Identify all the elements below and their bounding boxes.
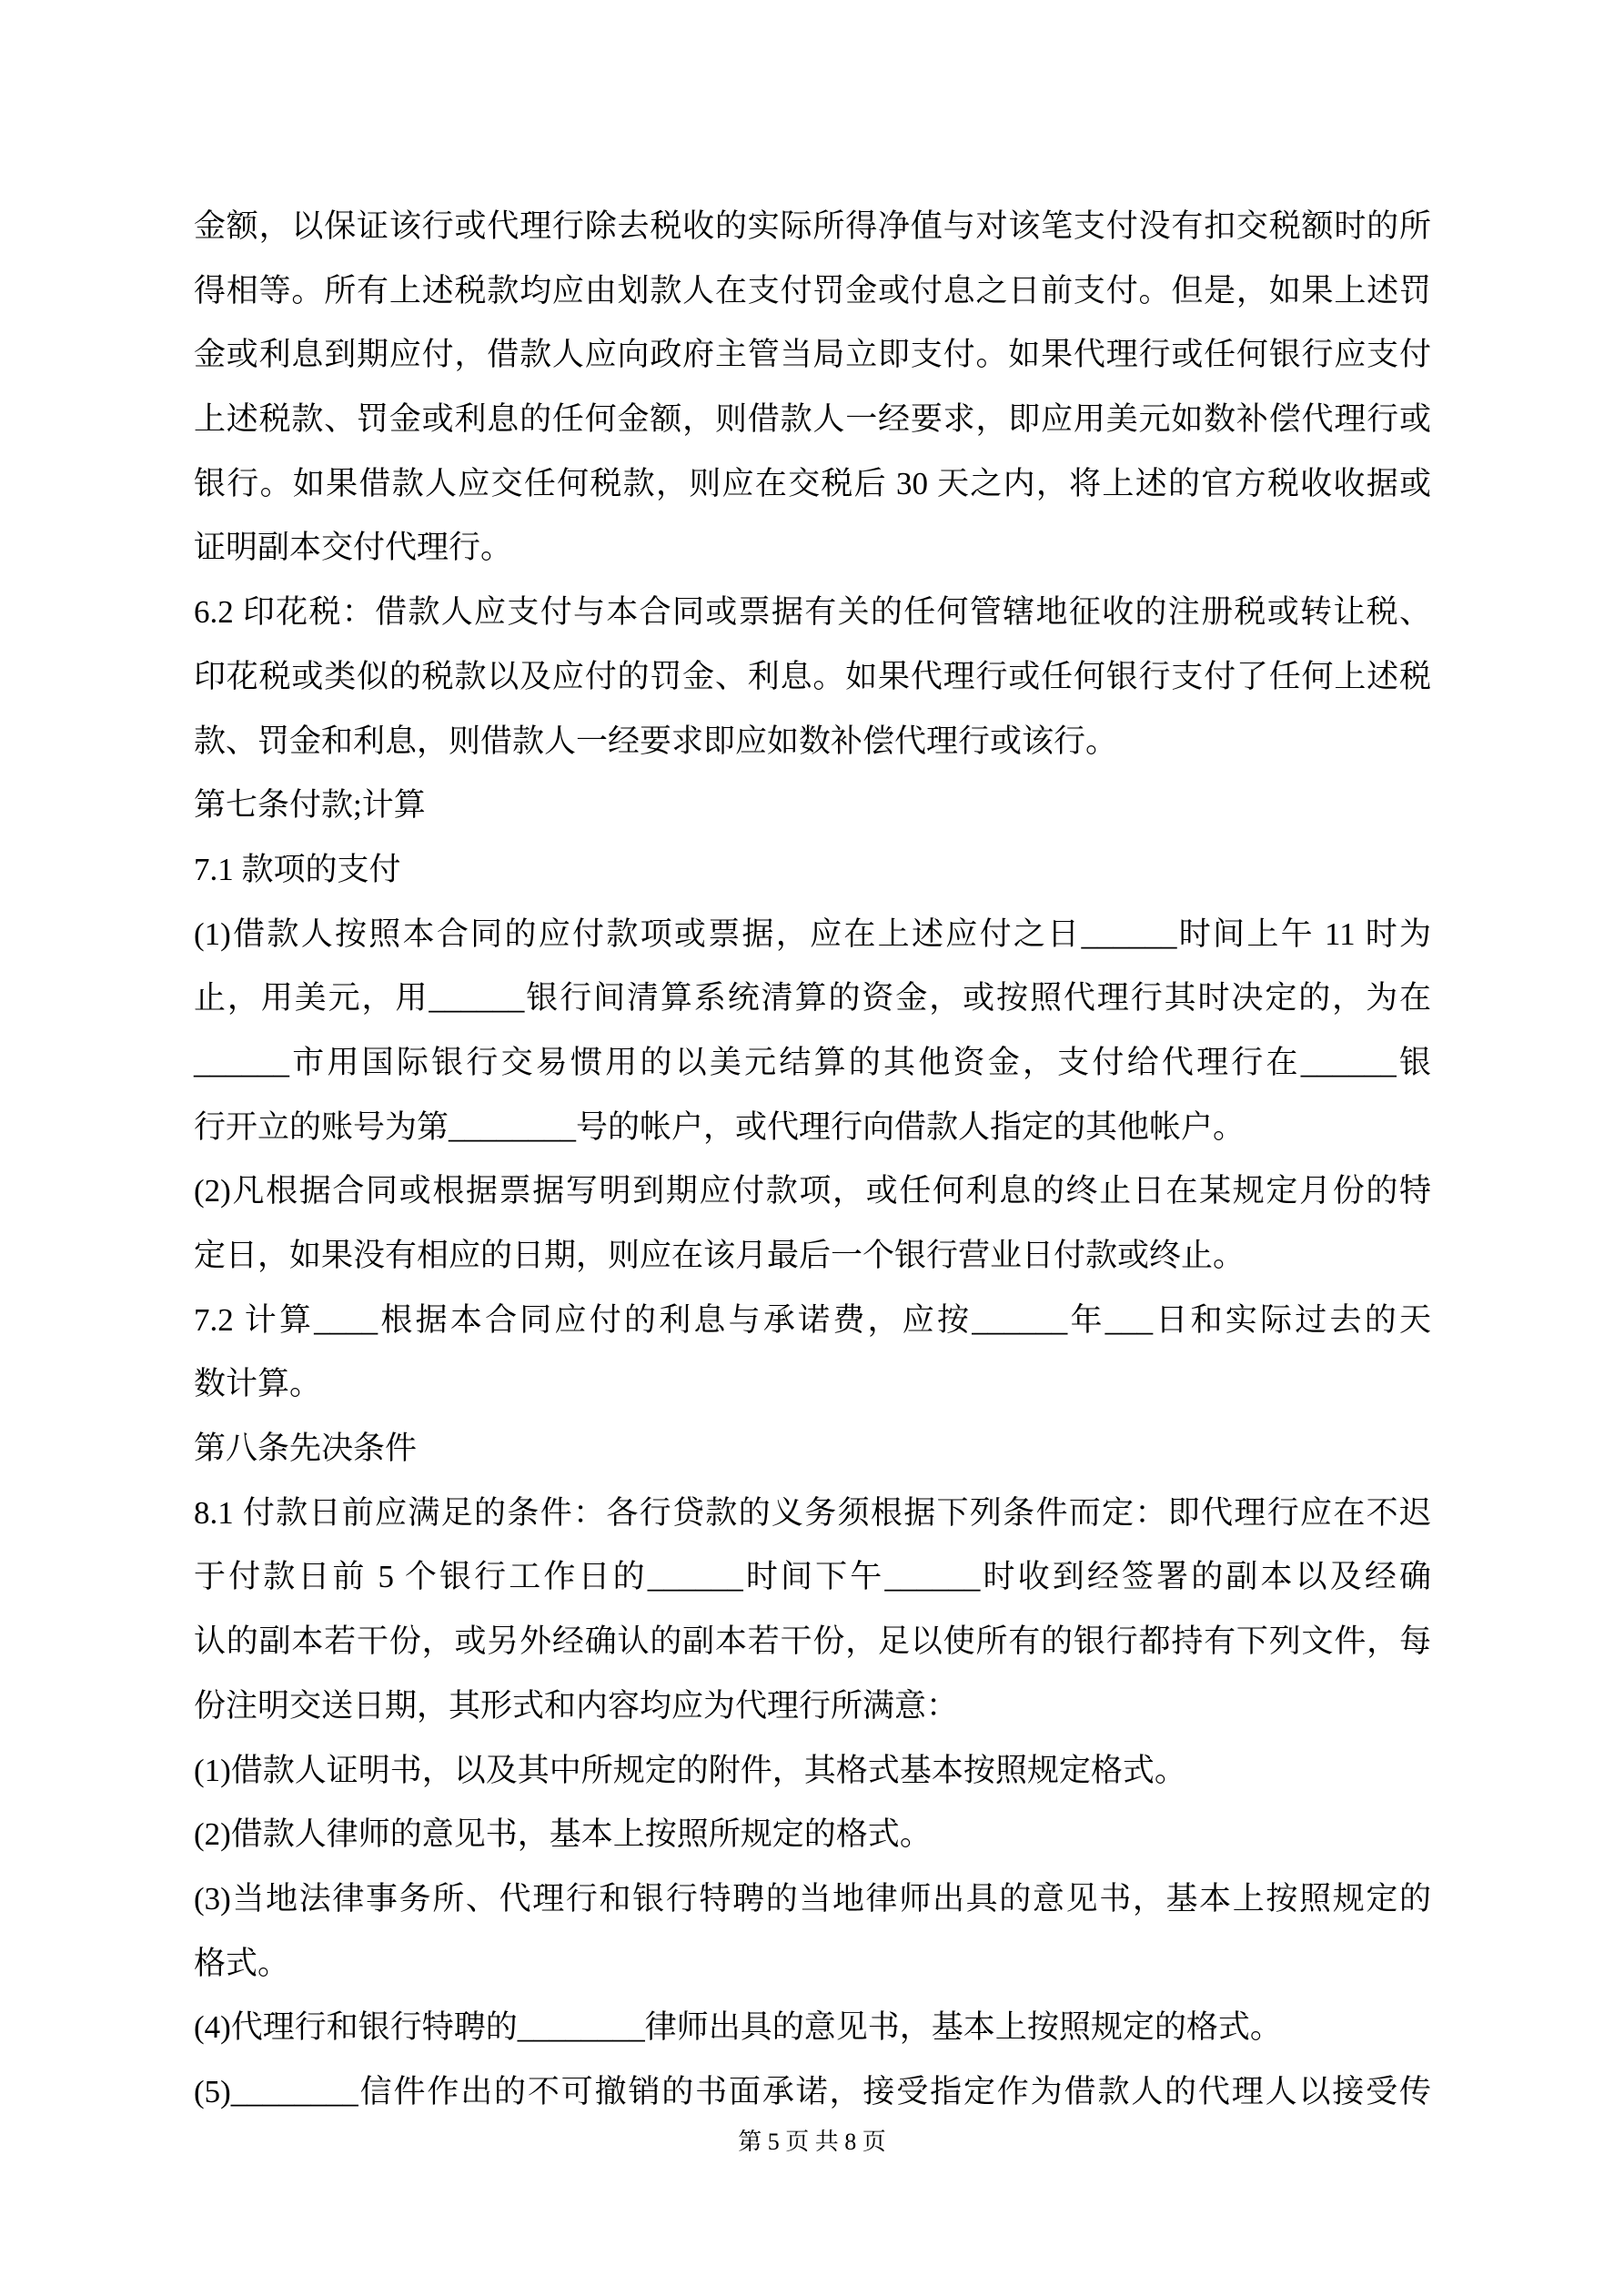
text-line: (2)凡根据合同或根据票据写明到期应付款项，或任何利息的终止日在某规定月份的特 — [194, 1159, 1431, 1224]
text-line: (1)借款人证明书，以及其中所规定的附件，其格式基本按照规定格式。 — [194, 1739, 1431, 1804]
page-number: 第 5 页 共 8 页 — [0, 2128, 1624, 2157]
text-line: 数计算。 — [194, 1352, 1431, 1417]
document-body: 金额，以保证该行或代理行除去税收的实际所得净值与对该笔支付没有扣交税额时的所得相… — [194, 195, 1431, 2125]
text-line: 7.2 计算____根据本合同应付的利息与承诺费，应按______年___日和实… — [194, 1289, 1431, 1353]
text-line: 7.1 款项的支付 — [194, 838, 1431, 903]
text-line: 8.1 付款日前应满足的条件：各行贷款的义务须根据下列条件而定：即代理行应在不迟 — [194, 1482, 1431, 1546]
text-line: (4)代理行和银行特聘的________律师出具的意见书，基本上按照规定的格式。 — [194, 1996, 1431, 2060]
text-line: (3)当地法律事务所、代理行和银行特聘的当地律师出具的意见书，基本上按照规定的 — [194, 1867, 1431, 1932]
text-line: 格式。 — [194, 1932, 1431, 1997]
text-line: 止，用美元，用______银行间清算系统清算的资金，或按照代理行其时决定的，为在 — [194, 966, 1431, 1031]
text-line: 于付款日前 5 个银行工作日的______时间下午______时收到经签署的副本… — [194, 1545, 1431, 1610]
text-line: 定日，如果没有相应的日期，则应在该月最后一个银行营业日付款或终止。 — [194, 1224, 1431, 1289]
text-line: 金额，以保证该行或代理行除去税收的实际所得净值与对该笔支付没有扣交税额时的所 — [194, 195, 1431, 259]
text-line: 认的副本若干份，或另外经确认的副本若干份，足以使所有的银行都持有下列文件，每 — [194, 1610, 1431, 1674]
text-line: 得相等。所有上述税款均应由划款人在支付罚金或付息之日前支付。但是，如果上述罚 — [194, 259, 1431, 324]
text-line: 上述税款、罚金或利息的任何金额，则借款人一经要求，即应用美元如数补偿代理行或 — [194, 388, 1431, 452]
text-line: 银行。如果借款人应交任何税款，则应在交税后 30 天之内，将上述的官方税收收据或 — [194, 452, 1431, 517]
text-line: 证明副本交付代理行。 — [194, 516, 1431, 581]
text-line: 金或利息到期应付，借款人应向政府主管当局立即支付。如果代理行或任何银行应支付 — [194, 323, 1431, 388]
text-line: (2)借款人律师的意见书，基本上按照所规定的格式。 — [194, 1803, 1431, 1867]
text-line: (1)借款人按照本合同的应付款项或票据，应在上述应付之日______时间上午 1… — [194, 903, 1431, 967]
text-line: 第八条先决条件 — [194, 1417, 1431, 1482]
text-line: 款、罚金和利息，则借款人一经要求即应如数补偿代理行或该行。 — [194, 710, 1431, 774]
text-line: ______市用国际银行交易惯用的以美元结算的其他资金，支付给代理行在_____… — [194, 1031, 1431, 1096]
text-line: 印花税或类似的税款以及应付的罚金、利息。如果代理行或任何银行支付了任何上述税 — [194, 645, 1431, 710]
text-line: 6.2 印花税：借款人应支付与本合同或票据有关的任何管辖地征收的注册税或转让税、 — [194, 581, 1431, 645]
text-line: 第七条付款;计算 — [194, 774, 1431, 838]
text-line: 份注明交送日期，其形式和内容均应为代理行所满意： — [194, 1674, 1431, 1739]
text-line: (5)________信件作出的不可撤销的书面承诺，接受指定作为借款人的代理人以… — [194, 2060, 1431, 2125]
text-line: 行开立的账号为第________号的帐户，或代理行向借款人指定的其他帐户。 — [194, 1096, 1431, 1160]
document-page: 金额，以保证该行或代理行除去税收的实际所得净值与对该笔支付没有扣交税额时的所得相… — [0, 0, 1624, 2296]
